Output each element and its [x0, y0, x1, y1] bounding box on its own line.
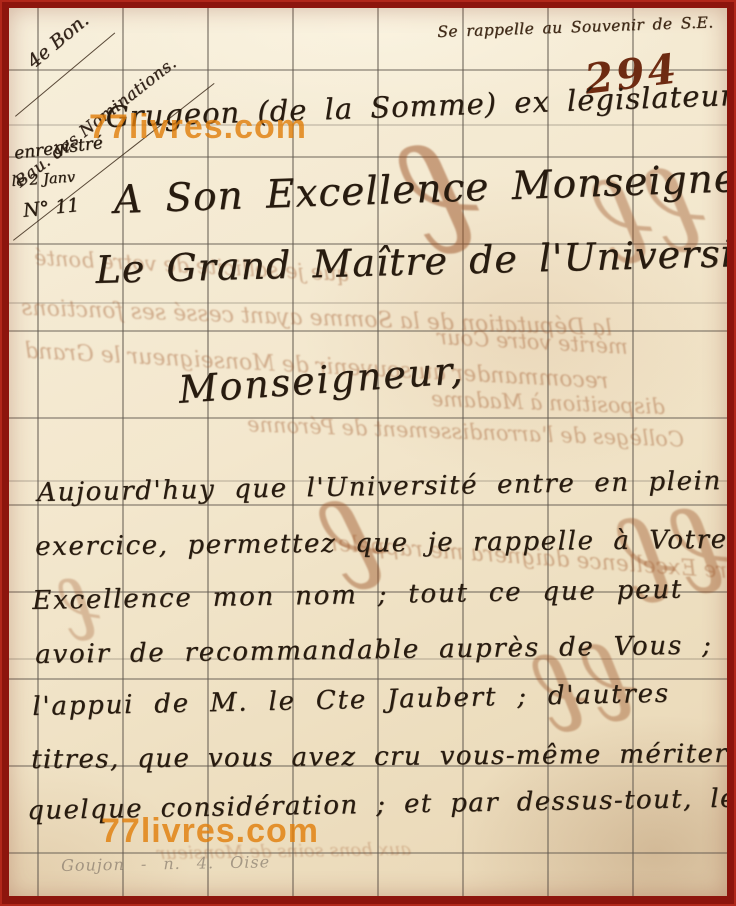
pencil-note: Goujon - n. 4. Oise	[61, 852, 270, 875]
watermark-bottom: 77livres.com	[101, 812, 319, 851]
corner-annotation-line1: 4e Bon.	[23, 9, 93, 73]
top-right-note: Se rappelle au Souvenir de S.E.	[437, 13, 714, 41]
bleedthrough-text: disposition à Madame	[431, 387, 666, 419]
registry-note-number: N° 11	[22, 194, 80, 222]
letter-scan-frame: que je sollicite de votre bonté la Déput…	[0, 0, 736, 906]
registry-note-line2: le 2 Janv	[11, 170, 76, 190]
bleedthrough-text: Collèges de l'arrondissement de Péronne	[247, 412, 685, 451]
body-line: Excellence mon nom ; tout ce que peut	[32, 575, 683, 616]
body-line: titres, que vous avez cru vous-même méri…	[31, 739, 727, 775]
letter-paper: que je sollicite de votre bonté la Déput…	[9, 8, 727, 896]
watermark-top: 77livres.com	[89, 108, 307, 147]
